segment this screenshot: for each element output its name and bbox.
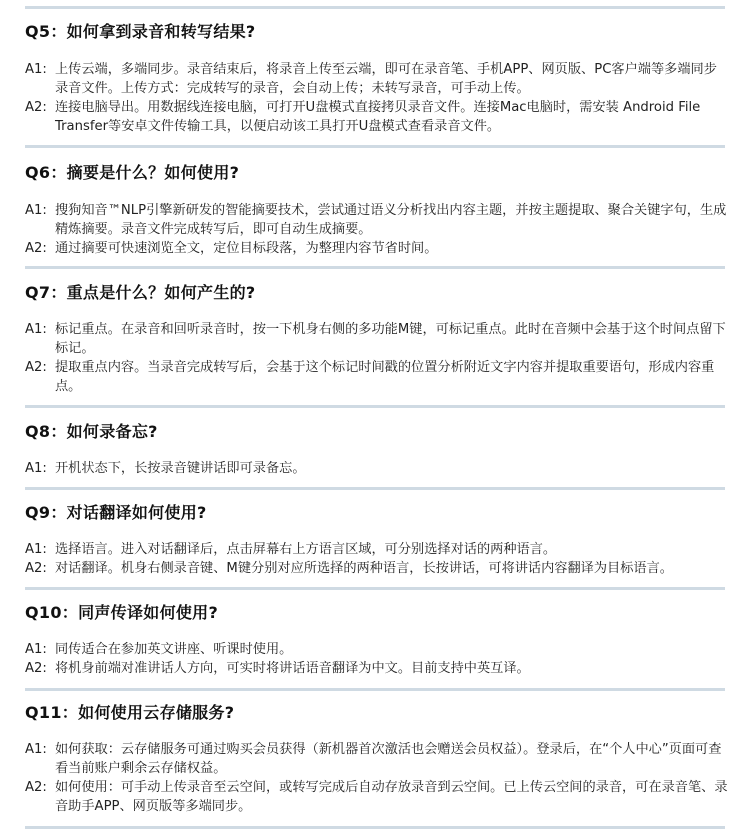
answer-text: 提取重点内容。当录音完成转写后，会基于这个标记时间戳的位置分析附近文字内容并提取… [55,358,730,396]
answer: A1: 开机状态下，长按录音键讲话即可录备忘。 [25,459,730,478]
answer-label: A1: [25,201,55,239]
answer: A1: 标记重点。在录音和回听录音时，按一下机身右侧的多功能M键，可标记重点。此… [25,320,730,358]
answer-label: A2: [25,659,55,678]
answer-text: 选择语言。进入对话翻译后，点击屏幕右上方语言区域，可分别选择对话的两种语言。 [55,540,730,559]
answer-text: 如何使用：可手动上传录音至云空间，或转写完成后自动存放录音到云空间。已上传云空间… [55,778,730,816]
answer-text: 标记重点。在录音和回听录音时，按一下机身右侧的多功能M键，可标记重点。此时在音频… [55,320,730,358]
answer: A1: 上传云端，多端同步。录音结束后，将录音上传至云端，即可在录音笔、手机AP… [25,60,730,98]
answer-label: A1: [25,640,55,659]
question-heading: Q9：对话翻译如何使用? [25,500,207,523]
answer-label: A1: [25,459,55,478]
answer-text: 搜狗知音™NLP引擎新研发的智能摘要技术，尝试通过语义分析找出内容主题，并按主题… [55,201,730,239]
answer-list: A1: 标记重点。在录音和回听录音时，按一下机身右侧的多功能M键，可标记重点。此… [25,320,730,396]
divider [25,145,725,148]
answer-text: 将机身前端对准讲话人方向，可实时将讲话语音翻译为中文。目前支持中英互译。 [55,659,730,678]
answer-list: A1: 如何获取：云存储服务可通过购买会员获得（新机器首次激活也会赠送会员权益）… [25,740,730,816]
answer-text: 开机状态下，长按录音键讲话即可录备忘。 [55,459,730,478]
answer-label: A1: [25,320,55,358]
answer-label: A2: [25,98,55,136]
answer: A2: 通过摘要可快速浏览全文，定位目标段落，为整理内容节省时间。 [25,239,730,258]
answer: A2: 连接电脑导出。用数据线连接电脑，可打开U盘模式直接拷贝录音文件。连接Ma… [25,98,730,136]
answer-list: A1: 搜狗知音™NLP引擎新研发的智能摘要技术，尝试通过语义分析找出内容主题，… [25,201,730,258]
answer: A1: 如何获取：云存储服务可通过购买会员获得（新机器首次激活也会赠送会员权益）… [25,740,730,778]
question-heading: Q10：同声传译如何使用? [25,600,218,623]
question-heading: Q11：如何使用云存储服务? [25,700,234,723]
divider [25,266,725,269]
question-heading: Q7：重点是什么？如何产生的? [25,280,256,303]
divider [25,826,725,829]
answer-text: 连接电脑导出。用数据线连接电脑，可打开U盘模式直接拷贝录音文件。连接Mac电脑时… [55,98,730,136]
answer: A1: 选择语言。进入对话翻译后，点击屏幕右上方语言区域，可分别选择对话的两种语… [25,540,730,559]
question-heading: Q5：如何拿到录音和转写结果? [25,19,256,42]
divider [25,405,725,408]
question-heading: Q6：摘要是什么？如何使用? [25,160,239,183]
answer: A2: 将机身前端对准讲话人方向，可实时将讲话语音翻译为中文。目前支持中英互译。 [25,659,730,678]
divider [25,688,725,691]
answer-list: A1: 同传适合在参加英文讲座、听课时使用。 A2: 将机身前端对准讲话人方向，… [25,640,730,678]
answer-label: A2: [25,778,55,816]
answer-label: A2: [25,239,55,258]
answer-text: 上传云端，多端同步。录音结束后，将录音上传至云端，即可在录音笔、手机APP、网页… [55,60,730,98]
question-heading: Q8：如何录备忘? [25,419,158,442]
answer-text: 通过摘要可快速浏览全文，定位目标段落，为整理内容节省时间。 [55,239,730,258]
answer-list: A1: 上传云端，多端同步。录音结束后，将录音上传至云端，即可在录音笔、手机AP… [25,60,730,136]
answer-label: A1: [25,60,55,98]
answer-text: 对话翻译。机身右侧录音键、M键分别对应所选择的两种语言，长按讲话，可将讲话内容翻… [55,559,730,578]
answer-list: A1: 选择语言。进入对话翻译后，点击屏幕右上方语言区域，可分别选择对话的两种语… [25,540,730,578]
answer: A2: 如何使用：可手动上传录音至云空间，或转写完成后自动存放录音到云空间。已上… [25,778,730,816]
answer-label: A1: [25,540,55,559]
answer-label: A2: [25,358,55,396]
answer-label: A1: [25,740,55,778]
answer-label: A2: [25,559,55,578]
answer: A1: 同传适合在参加英文讲座、听课时使用。 [25,640,730,659]
answer: A2: 提取重点内容。当录音完成转写后，会基于这个标记时间戳的位置分析附近文字内… [25,358,730,396]
divider [25,487,725,490]
divider [25,6,725,9]
answer: A1: 搜狗知音™NLP引擎新研发的智能摘要技术，尝试通过语义分析找出内容主题，… [25,201,730,239]
answer-list: A1: 开机状态下，长按录音键讲话即可录备忘。 [25,459,730,478]
divider [25,587,725,590]
answer-text: 同传适合在参加英文讲座、听课时使用。 [55,640,730,659]
answer: A2: 对话翻译。机身右侧录音键、M键分别对应所选择的两种语言，长按讲话，可将讲… [25,559,730,578]
answer-text: 如何获取：云存储服务可通过购买会员获得（新机器首次激活也会赠送会员权益）。登录后… [55,740,730,778]
